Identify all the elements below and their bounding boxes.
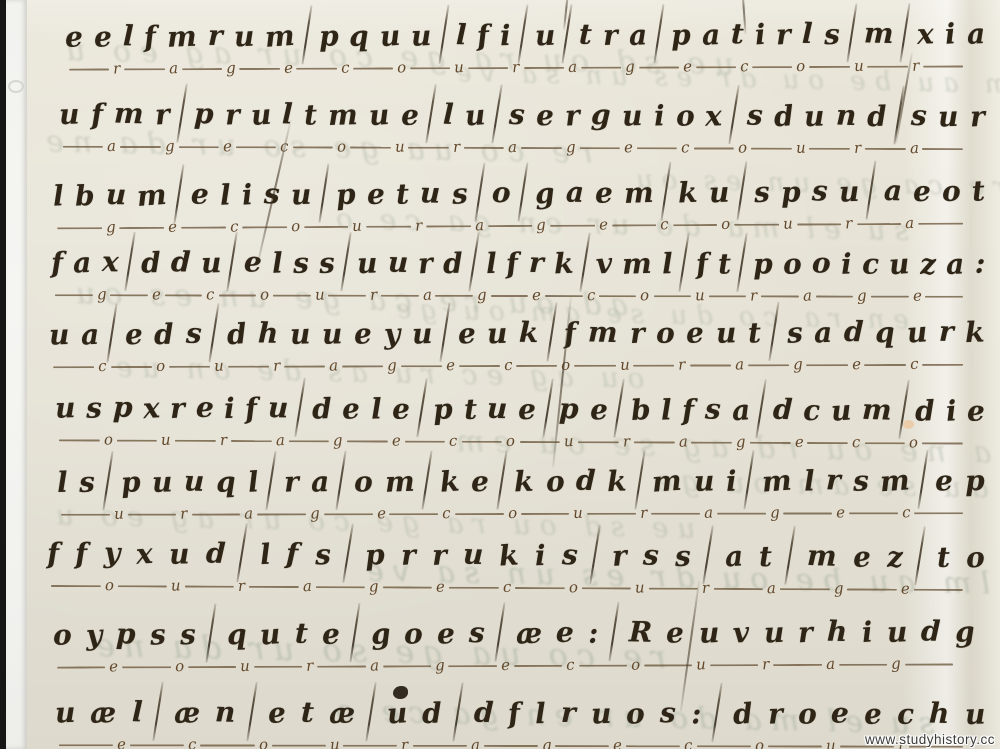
cipher-letter: u — [830, 390, 853, 431]
cipher-text: uaedsdhuueyueukfmroeutsadqurk — [49, 309, 985, 355]
cipher-letter: g — [534, 173, 557, 214]
cipher-letter: r — [776, 15, 792, 56]
key-dash — [350, 147, 390, 149]
cipher-letter: t — [300, 692, 314, 732]
key-letter: e — [532, 288, 542, 302]
cipher-letter: u — [378, 16, 401, 57]
cipher-letter: i — [725, 461, 737, 501]
key-letter: o — [507, 506, 517, 520]
cipher-letter: u — [487, 314, 509, 355]
cipher-letter: i — [944, 391, 957, 432]
key-letter: e — [598, 217, 608, 231]
key-dash — [272, 745, 326, 747]
cipher-letter: t — [303, 95, 317, 135]
key-dash — [324, 513, 373, 515]
key-dash — [783, 512, 832, 514]
cipher-letter: u — [487, 389, 509, 430]
cipher-letter: u — [938, 97, 960, 138]
cipher-letter: u — [105, 175, 126, 215]
separator-stroke — [744, 450, 755, 510]
separator-stroke — [237, 523, 249, 583]
key-dash — [839, 664, 887, 666]
cipher-lines: eelfmrumpquulfiutrapatirlsmxiaragecourag… — [27, 0, 1000, 749]
key-dash — [192, 513, 241, 515]
cipher-letter: m — [264, 16, 296, 58]
cipher-letter: y — [383, 314, 401, 355]
separator-stroke — [176, 83, 188, 143]
separator-stroke — [106, 303, 117, 363]
cipher-letter: p — [432, 389, 454, 430]
cipher-letter: x — [101, 242, 119, 282]
key-dash — [55, 294, 93, 296]
cipher-letter: p — [753, 244, 774, 285]
key-letter: a — [474, 218, 484, 232]
cipher-letter: r — [611, 536, 628, 577]
cipher-letter: d — [773, 390, 794, 431]
key-letter-row: ouragecourage — [47, 576, 967, 598]
cipher-letter: r — [969, 97, 985, 137]
cipher-letter: s — [811, 171, 828, 211]
key-letter: a — [275, 433, 285, 447]
cipher-letter: m — [862, 390, 893, 431]
key-letter: e — [624, 140, 634, 154]
cipher-letter: e — [456, 314, 477, 355]
key-dash — [807, 442, 848, 444]
cipher-letter: e — [191, 174, 210, 214]
cipher-letter: a — [628, 15, 648, 56]
cipher-letter: t — [395, 174, 410, 214]
cipher-letter: u — [356, 243, 378, 284]
key-dash — [59, 439, 100, 441]
key-dash — [257, 513, 306, 515]
key-dash — [273, 295, 311, 297]
key-letter: g — [369, 579, 379, 593]
scan-white-margin — [6, 0, 27, 749]
key-dash — [111, 366, 152, 368]
separator-stroke — [438, 4, 449, 64]
key-dash — [117, 440, 158, 442]
separator-stroke — [589, 525, 601, 585]
key-letter: a — [678, 434, 688, 448]
key-letter: c — [684, 738, 693, 749]
key-dash — [612, 224, 657, 226]
cipher-letter: u — [411, 314, 433, 355]
cipher-letter: u — [368, 95, 391, 136]
key-dash — [484, 745, 538, 747]
key-letter: u — [352, 219, 362, 234]
key-letter: o — [506, 434, 516, 448]
cipher-letter: u — [534, 16, 556, 57]
separator-stroke — [102, 451, 113, 511]
cipher-text: faxdduelssuurdlfrkvmlftpooicuza: — [51, 239, 985, 285]
cipher-letter: p — [112, 387, 133, 428]
key-dash — [639, 66, 679, 68]
cipher-letter: s — [79, 462, 96, 503]
cipher-letter: e — [400, 95, 419, 136]
manuscript-paper: ue sd ou ra ge co ur ag eo ulm au be ou … — [27, 0, 1000, 749]
cipher-letter: r — [797, 613, 813, 654]
cipher-letter: r — [826, 460, 842, 500]
cipher-letter: e — [589, 390, 608, 431]
cipher-text: ffyxudlfsprrukisrssatmezto — [47, 530, 985, 578]
key-dash — [236, 146, 276, 148]
cipher-letter: k — [678, 173, 699, 214]
cipher-letter: t — [463, 390, 477, 430]
cipher-letter: r — [417, 243, 434, 284]
cipher-letter: l — [803, 461, 815, 501]
key-letter: e — [117, 737, 127, 749]
cipher-text: ufmrprultmueluserguioxsdundsur — [59, 91, 985, 137]
cipher-letter: o — [544, 461, 565, 502]
key-letter: c — [98, 359, 107, 373]
cipher-letter: p — [193, 94, 214, 135]
cipher-letter: o — [491, 173, 511, 213]
key-letter: c — [901, 505, 910, 519]
cipher-letter: u — [410, 16, 432, 57]
cipher-line: ffyxudlfsprrukisrssatmeztoouragecourage — [47, 530, 985, 598]
cipher-text: uælænetæuddflruos:droeechu — [55, 689, 985, 735]
separator-stroke — [246, 682, 257, 742]
key-letter: o — [796, 59, 806, 73]
cipher-letter: i — [224, 389, 236, 429]
key-letter: u — [564, 434, 574, 448]
cipher-letter: m — [879, 460, 911, 502]
key-dash — [865, 148, 905, 150]
separator-stroke — [768, 302, 779, 362]
key-dash — [717, 513, 766, 515]
key-dash — [297, 68, 337, 70]
cipher-letter: f — [143, 17, 158, 58]
key-dash — [864, 442, 905, 444]
cipher-letter: a — [724, 536, 745, 577]
key-dash — [59, 744, 113, 746]
key-letter: a — [329, 358, 339, 372]
key-letter: a — [767, 581, 777, 595]
key-letter: u — [394, 139, 404, 153]
cipher-letter: k — [519, 313, 539, 353]
separator-stroke — [702, 525, 714, 585]
cipher-letter: p — [364, 535, 386, 576]
key-letter: o — [104, 578, 114, 592]
cipher-letter: e — [366, 174, 385, 215]
key-letter: a — [803, 288, 813, 302]
key-dash — [231, 440, 272, 442]
key-dash — [691, 442, 732, 444]
key-dash — [165, 294, 203, 296]
key-dash — [366, 226, 411, 228]
separator-stroke — [266, 451, 277, 511]
cipher-letter: o — [941, 171, 961, 212]
key-dash — [923, 65, 963, 67]
key-dash — [694, 147, 734, 149]
key-dash — [514, 665, 562, 667]
key-dash — [633, 365, 674, 367]
cipher-letter: s — [785, 313, 804, 354]
cipher-letter: l — [662, 244, 674, 284]
cipher-letter: n — [215, 692, 236, 733]
cipher-letter: o — [404, 614, 424, 655]
key-dash — [316, 586, 366, 588]
cipher-letter: a — [946, 244, 965, 285]
key-dash — [748, 364, 789, 366]
key-dash — [697, 745, 751, 747]
cipher-letter: m — [806, 536, 837, 577]
cipher-letter: s — [314, 535, 331, 575]
key-letter: g — [792, 357, 802, 372]
separator-stroke — [679, 233, 690, 293]
cipher-line: eelfmrumpquulfiutrapatirlsmxiaragecourag… — [65, 10, 985, 77]
cipher-letter: g — [369, 614, 391, 655]
key-dash — [353, 67, 393, 69]
cipher-letter: u — [184, 461, 205, 501]
key-dash — [249, 586, 299, 588]
cipher-letter: u — [838, 172, 860, 213]
cipher-letter: a — [701, 15, 721, 56]
key-letter: e — [283, 61, 293, 75]
cipher-line: lbumelisupetusogaemkuspsuaeotgecourageco… — [53, 168, 985, 237]
cipher-letter: l — [802, 14, 814, 54]
cipher-letter: o — [353, 462, 373, 503]
separator-stroke — [336, 451, 347, 511]
cipher-letter: x — [141, 388, 160, 429]
cipher-letter: d — [225, 314, 247, 355]
separator-stroke — [898, 380, 910, 440]
key-dash — [401, 365, 442, 367]
cipher-letter: k — [964, 312, 985, 353]
cipher-letter: s — [746, 95, 763, 135]
cipher-letter: i — [653, 96, 665, 136]
key-dash — [637, 147, 677, 149]
cipher-text: eelfmrumpquulfiutrapatirlsmxia — [65, 10, 985, 57]
key-letter-row: gecouragecoura — [53, 214, 967, 237]
separator-stroke — [452, 682, 463, 742]
key-letter: a — [422, 288, 432, 302]
separator-stroke — [613, 379, 625, 439]
key-dash — [178, 146, 218, 148]
key-letter: u — [240, 659, 250, 674]
cipher-letter: i — [860, 612, 874, 653]
cipher-letter: t — [937, 538, 951, 578]
key-letter: r — [415, 218, 423, 232]
cipher-letter: f — [507, 694, 522, 735]
key-dash — [524, 67, 564, 69]
cipher-letter: e — [266, 693, 287, 734]
cipher-letter: p — [335, 174, 358, 215]
cipher-letter: u — [385, 693, 408, 734]
cipher-letter: e — [556, 613, 575, 653]
cipher-letter: s — [852, 461, 869, 502]
cipher-letter: u — [249, 95, 272, 136]
key-dash — [218, 294, 256, 296]
key-dash — [468, 67, 508, 69]
key-letter: r — [512, 60, 520, 74]
cipher-letter: q — [349, 16, 370, 57]
separator-stroke — [608, 602, 619, 662]
key-letter: r — [622, 434, 630, 448]
key-dash — [182, 68, 222, 70]
separator-stroke — [174, 164, 185, 224]
key-letter: u — [171, 578, 181, 592]
cipher-letter: r — [170, 389, 186, 429]
cipher-letter: o — [965, 537, 986, 578]
separator-stroke — [227, 232, 238, 292]
key-dash — [110, 294, 148, 296]
key-letter: a — [244, 506, 254, 520]
cipher-letter: u — [289, 314, 311, 355]
key-letter: e — [391, 433, 401, 447]
key-letter: e — [446, 358, 456, 372]
cipher-letter: q — [226, 615, 247, 656]
cipher-letter: r — [767, 694, 783, 734]
key-letter: c — [739, 59, 748, 73]
cipher-letter: e — [912, 172, 931, 213]
cipher-letter: d — [154, 315, 175, 356]
key-letter: c — [566, 658, 575, 672]
cipher-letter: s — [911, 96, 928, 136]
key-letter: c — [188, 737, 197, 749]
cipher-letter: s — [674, 536, 691, 576]
cipher-letter: l — [370, 389, 382, 429]
cipher-line: lspuuqlraomkekodkmuimlrsmepuragecouragec — [57, 457, 985, 523]
separator-stroke — [736, 233, 747, 293]
key-dash — [768, 745, 822, 747]
key-letter: o — [568, 580, 578, 594]
separator-stroke — [517, 4, 528, 64]
key-letter: a — [302, 579, 312, 593]
cipher-letter: d — [843, 312, 864, 352]
key-letter: r — [640, 506, 648, 520]
key-letter: r — [845, 216, 853, 230]
key-letter: a — [107, 139, 117, 153]
key-dash — [254, 666, 302, 668]
key-letter: c — [206, 287, 215, 301]
key-dash — [128, 514, 177, 516]
key-dash — [690, 364, 731, 366]
cipher-letter: t — [970, 171, 986, 212]
cipher-letter: m — [113, 94, 144, 135]
separator-stroke — [866, 160, 877, 220]
cipher-letter: e — [518, 390, 537, 431]
key-dash — [810, 66, 850, 68]
key-letter: c — [504, 358, 513, 372]
cipher-letter: s — [292, 243, 309, 284]
cipher-letter: p — [116, 614, 136, 654]
key-letter: g — [435, 658, 445, 673]
key-letter: g — [833, 581, 843, 595]
key-dash — [599, 295, 637, 297]
cipher-letter: h — [827, 612, 848, 652]
key-dash — [913, 589, 963, 591]
cipher-letter: a — [966, 14, 986, 55]
cipher-letter: s — [450, 174, 469, 215]
key-dash — [462, 441, 503, 443]
cipher-letter: e — [851, 537, 871, 578]
key-letter: c — [852, 435, 861, 449]
cipher-letter: g — [954, 612, 975, 653]
key-letter: e — [900, 581, 910, 595]
key-dash — [713, 588, 763, 590]
key-letter-row: uragecouragec — [57, 503, 967, 523]
key-letter: o — [909, 435, 919, 449]
key-letter: o — [397, 60, 407, 74]
ink-blot — [393, 686, 408, 699]
separator-stroke — [496, 450, 507, 510]
separator-stroke — [416, 378, 428, 438]
cipher-letter: l — [246, 462, 259, 503]
key-dash — [304, 226, 349, 228]
key-dash — [774, 664, 822, 666]
key-letter-row: eouragecourag — [53, 654, 957, 675]
cipher-letter: o — [797, 694, 817, 735]
key-dash — [57, 666, 105, 668]
cipher-letter: l — [131, 692, 143, 732]
key-dash — [435, 295, 473, 297]
key-letter: e — [109, 659, 119, 673]
cipher-letter: æ — [515, 613, 543, 654]
cipher-letter: : — [974, 244, 985, 284]
cipher-letter: t — [717, 244, 731, 284]
key-letter: g — [536, 218, 546, 233]
key-letter: r — [750, 288, 758, 302]
watermark: www.studyhistory.cc — [865, 732, 995, 747]
separator-stroke — [562, 4, 573, 64]
cipher-letter: i — [534, 536, 546, 576]
key-letter: e — [851, 357, 861, 371]
key-letter: a — [704, 505, 714, 519]
cipher-letter: u — [462, 535, 484, 576]
key-dash — [342, 365, 383, 367]
key-letter: g — [225, 61, 235, 76]
key-letter: c — [442, 506, 451, 520]
cipher-letter: b — [74, 176, 95, 217]
key-dash — [847, 588, 897, 590]
key-letter: c — [449, 434, 458, 448]
cipher-letter: s — [469, 613, 486, 653]
key-dash — [188, 666, 236, 668]
cipher-letter: : — [690, 694, 702, 734]
key-dash — [516, 365, 557, 367]
key-dash — [289, 440, 330, 442]
key-dash — [124, 68, 164, 70]
cipher-letter: l — [220, 175, 232, 215]
cipher-letter: s — [561, 535, 578, 575]
key-dash — [581, 67, 621, 69]
cipher-letter: l — [455, 15, 467, 55]
cipher-letter: e — [935, 461, 954, 502]
cipher-letter: e — [536, 96, 555, 137]
key-dash — [709, 295, 747, 297]
cipher-letter: m — [588, 312, 619, 353]
key-letter: g — [105, 220, 115, 235]
cipher-letter: t — [295, 614, 309, 654]
cipher-letter: b — [630, 390, 652, 431]
cipher-letter: l — [535, 694, 547, 734]
cipher-letter: u — [905, 312, 928, 353]
cipher-letter: k — [498, 535, 520, 576]
cipher-letter: R — [628, 612, 652, 653]
key-dash — [51, 585, 101, 587]
key-letter: r — [369, 288, 377, 302]
cipher-letter: f — [505, 244, 520, 285]
cipher-text: lspuuqlraomkekodkmuimlrsmep — [57, 457, 985, 503]
key-dash — [381, 295, 419, 297]
cipher-letter: k — [607, 461, 628, 502]
key-dash — [673, 224, 718, 226]
key-letter: u — [826, 738, 836, 749]
cipher-letter: q — [874, 313, 895, 354]
cipher-letter: d — [576, 461, 597, 501]
key-dash — [751, 148, 791, 150]
